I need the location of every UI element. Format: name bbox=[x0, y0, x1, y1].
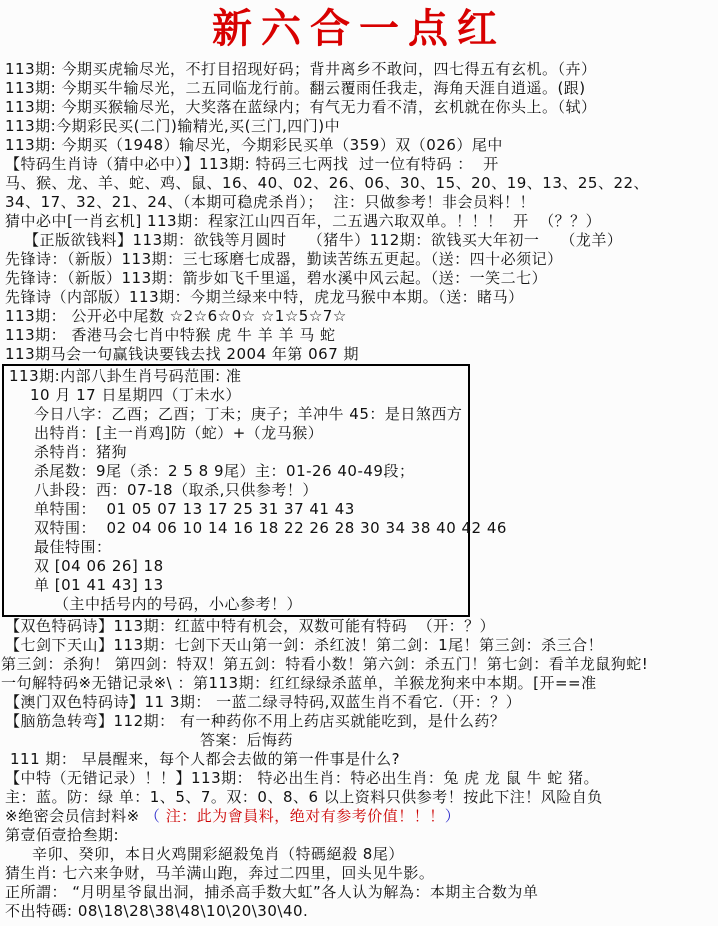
text-run: 113期: 今期买猴输尽光，大奖落在蓝绿内；有气无力看不清，玄机就在你头上。（轼… bbox=[5, 98, 596, 116]
text-line: 113期: 今期买（1948）输尽光，今期彩民买单（359）双（026）尾中 bbox=[0, 136, 718, 155]
text-line: 34、17、32、21、24、（本期可稳虎杀肖）； 注：只做参考！非会员料！！ bbox=[0, 193, 718, 212]
text-run: 113期: 今期买牛输尽光，二五同临龙行前。翻云覆雨任我走，海角天涯自逍遥。(跟… bbox=[5, 79, 586, 97]
text-line: 今日八字：乙酉；乙酉；丁未；庚子；羊冲牛 45：是日煞西方 bbox=[4, 405, 468, 424]
text-run: 杀特肖：猪狗 bbox=[34, 443, 127, 461]
text-run: 【澳门双色特码诗】11 3期： 一蓝二绿寻特码,双蓝生肖不看它.（开：？） bbox=[5, 693, 521, 711]
bagua-info-box: 113期:内部八卦生肖号码范围: 准10 月 17 日星期四（丁未水）今日八字：… bbox=[2, 364, 470, 617]
text-line: 猜中必中[一肖玄机] 113期：程家江山四百年，二五遇六取双单。！！！ 开 （？… bbox=[0, 212, 718, 231]
text-run: ） bbox=[445, 807, 461, 825]
text-run: 113期:内部八卦生肖号码范围: 准 bbox=[9, 367, 242, 385]
text-run: 答案：后悔药 bbox=[200, 731, 293, 749]
text-line: 主：蓝。防：绿 单：1、5、7。双：0、8、6 以上资料只供参考！按此下注！风险… bbox=[0, 788, 718, 807]
text-run: 出特肖：[主一肖鸡]防（蛇）+（龙马猴） bbox=[34, 424, 323, 442]
text-run: （ bbox=[145, 807, 166, 825]
text-line: 正所謂： “月明星爷鼠出洞，捕杀高手数大虹”各人认为解為：本期主合数为单 bbox=[0, 883, 718, 902]
text-line: 马、猴、龙、羊、蛇、鸡、鼠、16、40、02、26、06、30、15、20、19… bbox=[0, 174, 718, 193]
text-run: 113期: 今期买（1948）输尽光，今期彩民买单（359）双（026）尾中 bbox=[5, 136, 503, 154]
text-run: 113期： 香港马会七肖中特猴 虎 牛 羊 羊 马 蛇 bbox=[5, 326, 336, 344]
text-line: 【双色特码诗】113期：红蓝中特有机会，双数可能有特码 （开：？） bbox=[0, 617, 718, 636]
text-run: 第三剑：杀狗！ 第四剑：特双！第五剑：特看小数！第六剑：杀五门！第七剑：看羊龙鼠… bbox=[1, 655, 648, 673]
text-line: 答案：后悔药 bbox=[0, 731, 718, 750]
text-line: 不出特碼: 08\18\28\38\48\10\20\30\40. bbox=[0, 902, 718, 921]
text-run: 最佳特围： bbox=[34, 538, 112, 556]
text-line: 113期马会一句赢钱诀要钱去找 2004 年第 067 期 bbox=[0, 345, 718, 364]
text-run: 猜中必中[一肖玄机] 113期：程家江山四百年，二五遇六取双单。！！！ 开 （？… bbox=[5, 212, 601, 230]
text-line: 113期:内部八卦生肖号码范围: 准 bbox=[4, 367, 468, 386]
text-line: 113期:今期彩民买(二门)输精光,买(三门,四门)中 bbox=[0, 117, 718, 136]
text-line: 双 [04 06 26] 18 bbox=[4, 557, 468, 576]
text-run: 【脑筋急转弯】112期： 有一种药你不用上药店买就能吃到，是什么药？ bbox=[5, 712, 505, 730]
lottery-tip-sheet: 新六合一点红 113期: 今期买虎输尽光，不打目招现好码；背井离乡不敢问，四七得… bbox=[0, 4, 718, 926]
text-run: 【特码生肖诗（猜中必中）】113期: 特码三七两找 过一位有特码 ： 开 bbox=[5, 155, 499, 173]
page-title: 新六合一点红 bbox=[0, 4, 718, 54]
text-line: 单 [01 41 43] 13 bbox=[4, 576, 468, 595]
text-line: 双特围： 02 04 06 10 14 16 18 22 26 28 30 34… bbox=[4, 519, 468, 538]
text-line: 辛卯、癸卯，本日火鸡開彩絕殺兔肖（特碼絕殺 8尾） bbox=[0, 845, 718, 864]
text-run: 【中特（无错记录）！！】113期： 特必出生肖：特必出生肖：兔 虎 龙 鼠 牛 … bbox=[5, 769, 599, 787]
text-run: 第壹佰壹拾叁期: bbox=[5, 826, 119, 844]
text-line: （主中括号内的号码，小心参考！） bbox=[4, 595, 468, 614]
text-line: 113期: 今期买牛输尽光，二五同临龙行前。翻云覆雨任我走，海角天涯自逍遥。(跟… bbox=[0, 79, 718, 98]
text-line: 杀特肖：猪狗 bbox=[4, 443, 468, 462]
text-line: 113期: 今期买猴输尽光，大奖落在蓝绿内；有气无力看不清，玄机就在你头上。（轼… bbox=[0, 98, 718, 117]
text-line: 【正版欲钱料】113期：欲钱等月圆时 （猪牛）112期：欲钱买大年初一 （龙羊） bbox=[0, 231, 718, 250]
text-line: 【七剑下天山】113期：七剑下天山第一剑：杀红波！第二剑：1尾！第三剑：杀三合！ bbox=[0, 636, 718, 655]
text-line: 111 期： 早晨醒来，每个人都会去做的第一件事是什么? bbox=[0, 750, 718, 769]
text-run: 111 期： 早晨醒来，每个人都会去做的第一件事是什么? bbox=[10, 750, 400, 768]
text-line: 113期: 今期买虎输尽光，不打目招现好码；背井离乡不敢问，四七得五有玄机。（卉… bbox=[0, 60, 718, 79]
text-line: 【特码生肖诗（猜中必中）】113期: 特码三七两找 过一位有特码 ： 开 bbox=[0, 155, 718, 174]
text-line: 先锋诗：（新版）113期：三七琢磨七成器，勤读苦练五更起。（送：四十必须记） bbox=[0, 250, 718, 269]
text-line: 【中特（无错记录）！！】113期： 特必出生肖：特必出生肖：兔 虎 龙 鼠 牛 … bbox=[0, 769, 718, 788]
text-run: 【双色特码诗】113期：红蓝中特有机会，双数可能有特码 （开：？） bbox=[5, 617, 495, 635]
text-run: ※绝密会员信封料※ bbox=[5, 807, 145, 825]
text-run: 单 [01 41 43] 13 bbox=[34, 576, 164, 594]
text-line: 【澳门双色特码诗】11 3期： 一蓝二绿寻特码,双蓝生肖不看它.（开：？） bbox=[0, 693, 718, 712]
text-line: 出特肖：[主一肖鸡]防（蛇）+（龙马猴） bbox=[4, 424, 468, 443]
text-line: 杀尾数：9尾（杀：2 5 8 9尾）主：01-26 40-49段； bbox=[4, 462, 468, 481]
text-line: ※绝密会员信封料※ （ 注：此为會員料，绝对有参考价值！！！） bbox=[0, 807, 718, 826]
text-run: 10 月 17 日星期四（丁未水） bbox=[30, 386, 241, 404]
text-run: 先锋诗（内部版）113期：今期兰绿来中特，虎龙马猴中本期。（送：睹马） bbox=[5, 288, 524, 306]
text-run: 113期:今期彩民买(二门)输精光,买(三门,四门)中 bbox=[5, 117, 340, 135]
text-run: 先锋诗：（新版）113期：三七琢磨七成器，勤读苦练五更起。（送：四十必须记） bbox=[5, 250, 563, 268]
text-run: 【正版欲钱料】113期：欲钱等月圆时 （猪牛）112期：欲钱买大年初一 （龙羊） bbox=[24, 231, 622, 249]
text-run: 注：此为會員料，绝对有参考价值！！！ bbox=[166, 807, 445, 825]
text-line: 单特围： 01 05 07 13 17 25 31 37 41 43 bbox=[4, 500, 468, 519]
text-run: 马、猴、龙、羊、蛇、鸡、鼠、16、40、02、26、06、30、15、20、19… bbox=[5, 174, 649, 192]
text-line: 先锋诗（内部版）113期：今期兰绿来中特，虎龙马猴中本期。（送：睹马） bbox=[0, 288, 718, 307]
text-run: 一句解特码※无错记录※\ ：第113期：红红绿绿杀蓝单，羊猴龙狗来中本期。[开=… bbox=[1, 674, 597, 692]
header-lines: 113期: 今期买虎输尽光，不打目招现好码；背井离乡不敢问，四七得五有玄机。（卉… bbox=[0, 60, 718, 364]
text-run: 主：蓝。防：绿 单：1、5、7。双：0、8、6 以上资料只供参考！按此下注！风险… bbox=[5, 788, 603, 806]
text-run: 不出特碼: 08\18\28\38\48\10\20\30\40. bbox=[5, 902, 308, 920]
text-run: 杀尾数：9尾（杀：2 5 8 9尾）主：01-26 40-49段； bbox=[34, 462, 414, 480]
text-run: 猜生肖: 七六来争财，马羊满山跑，奔过二四里，回头见牛影。 bbox=[5, 864, 434, 882]
text-run: 双特围： 02 04 06 10 14 16 18 22 26 28 30 34… bbox=[34, 519, 507, 537]
text-line: 先锋诗：（新版）113期：箭步如飞千里遥，碧水溪中风云起。（送：一笑二七） bbox=[0, 269, 718, 288]
text-run: （主中括号内的号码，小心参考！） bbox=[54, 595, 302, 613]
text-line: 113期： 公开必中尾数 ☆2☆6☆0☆ ☆1☆5☆7☆ bbox=[0, 307, 718, 326]
text-run: 双 [04 06 26] 18 bbox=[34, 557, 164, 575]
footer-lines: 【双色特码诗】113期：红蓝中特有机会，双数可能有特码 （开：？）【七剑下天山】… bbox=[0, 617, 718, 921]
text-line: 猜生肖: 七六来争财，马羊满山跑，奔过二四里，回头见牛影。 bbox=[0, 864, 718, 883]
text-run: 113期马会一句赢钱诀要钱去找 2004 年第 067 期 bbox=[5, 345, 359, 363]
text-run: 八卦段：西：07-18（取杀,只供参考！） bbox=[34, 481, 318, 499]
text-line: 第壹佰壹拾叁期: bbox=[0, 826, 718, 845]
text-run: 辛卯、癸卯，本日火鸡開彩絕殺兔肖（特碼絕殺 8尾） bbox=[32, 845, 404, 863]
text-line: 第三剑：杀狗！ 第四剑：特双！第五剑：特看小数！第六剑：杀五门！第七剑：看羊龙鼠… bbox=[0, 655, 718, 674]
text-line: 八卦段：西：07-18（取杀,只供参考！） bbox=[4, 481, 468, 500]
text-run: 今日八字：乙酉；乙酉；丁未；庚子；羊冲牛 45：是日煞西方 bbox=[34, 405, 462, 423]
text-run: 正所謂： “月明星爷鼠出洞，捕杀高手数大虹”各人认为解為：本期主合数为单 bbox=[5, 883, 538, 901]
text-line: 最佳特围： bbox=[4, 538, 468, 557]
text-run: 【七剑下天山】113期：七剑下天山第一剑：杀红波！第二剑：1尾！第三剑：杀三合！ bbox=[5, 636, 603, 654]
text-run: 113期: 今期买虎输尽光，不打目招现好码；背井离乡不敢问，四七得五有玄机。（卉… bbox=[5, 60, 596, 78]
text-run: 34、17、32、21、24、（本期可稳虎杀肖）； 注：只做参考！非会员料！！ bbox=[5, 193, 535, 211]
text-run: 单特围： 01 05 07 13 17 25 31 37 41 43 bbox=[34, 500, 355, 518]
text-line: 一句解特码※无错记录※\ ：第113期：红红绿绿杀蓝单，羊猴龙狗来中本期。[开=… bbox=[0, 674, 718, 693]
text-line: 10 月 17 日星期四（丁未水） bbox=[4, 386, 468, 405]
text-run: 113期： 公开必中尾数 ☆2☆6☆0☆ ☆1☆5☆7☆ bbox=[5, 307, 347, 325]
text-line: 【脑筋急转弯】112期： 有一种药你不用上药店买就能吃到，是什么药？ bbox=[0, 712, 718, 731]
text-run: 先锋诗：（新版）113期：箭步如飞千里遥，碧水溪中风云起。（送：一笑二七） bbox=[5, 269, 547, 287]
text-line: 113期： 香港马会七肖中特猴 虎 牛 羊 羊 马 蛇 bbox=[0, 326, 718, 345]
